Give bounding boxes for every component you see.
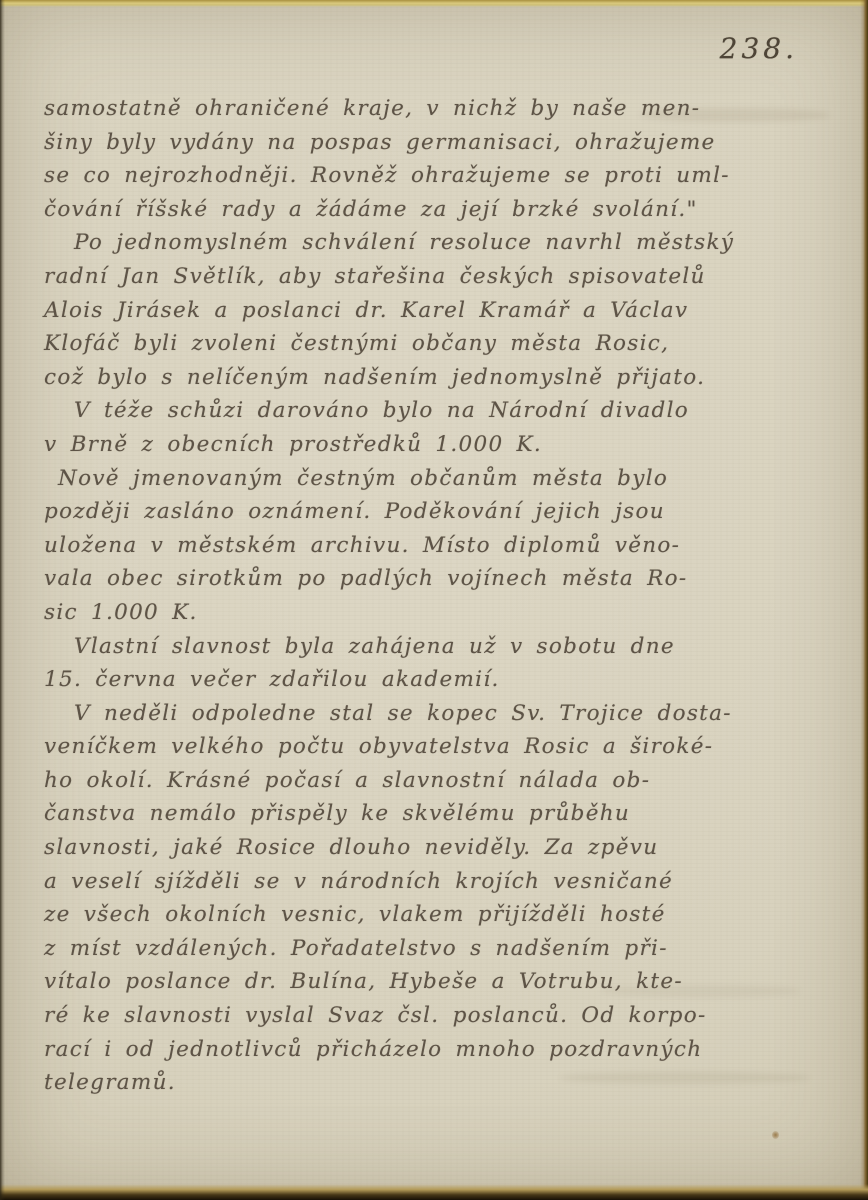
manuscript-line: slavnosti, jaké Rosice dlouho neviděly. … xyxy=(44,831,844,865)
manuscript-line: z míst vzdálených. Pořadatelstvo s nadše… xyxy=(44,932,844,966)
manuscript-line: V téže schůzi darováno bylo na Národní d… xyxy=(44,394,844,428)
manuscript-line: veníčkem velkého počtu obyvatelstva Rosi… xyxy=(44,730,844,764)
paper-stain-spot xyxy=(772,1131,779,1139)
manuscript-line: Vlastní slavnost byla zahájena už v sobo… xyxy=(44,630,844,664)
manuscript-line: ré ke slavnosti vyslal Svaz čsl. poslanc… xyxy=(44,999,844,1033)
manuscript-line: se co nejrozhodněji. Rovněž ohražujeme s… xyxy=(44,159,844,193)
manuscript-line: vala obec sirotkům po padlých vojínech m… xyxy=(44,562,844,596)
manuscript-line: ho okolí. Krásné počasí a slavnostní nál… xyxy=(44,764,844,798)
manuscript-line: a veselí sjížděli se v národních krojích… xyxy=(44,865,844,899)
manuscript-line: rací i od jednotlivců přicházelo mnoho p… xyxy=(44,1033,844,1067)
manuscript-line: Alois Jirásek a poslanci dr. Karel Kramá… xyxy=(44,294,844,328)
manuscript-line: čování říšské rady a žádáme za její brzk… xyxy=(44,193,844,227)
scanned-manuscript: 238. samostatně ohraničené kraje, v nich… xyxy=(0,0,868,1200)
manuscript-line: Nově jmenovaným čestným občanům města by… xyxy=(44,462,844,496)
manuscript-text: samostatně ohraničené kraje, v nichž by … xyxy=(44,92,844,1100)
manuscript-line: později zasláno oznámení. Poděkování jej… xyxy=(44,495,844,529)
manuscript-line: samostatně ohraničené kraje, v nichž by … xyxy=(44,92,844,126)
manuscript-line: telegramů. xyxy=(44,1066,844,1100)
manuscript-line: uložena v městském archivu. Místo diplom… xyxy=(44,529,844,563)
manuscript-line: sic 1.000 K. xyxy=(44,596,844,630)
manuscript-line: Po jednomyslném schválení resoluce navrh… xyxy=(44,226,844,260)
page-number: 238. xyxy=(720,32,798,65)
manuscript-line: šiny byly vydány na pospas germanisaci, … xyxy=(44,126,844,160)
manuscript-line: V neděli odpoledne stal se kopec Sv. Tro… xyxy=(44,697,844,731)
manuscript-line: v Brně z obecních prostředků 1.000 K. xyxy=(44,428,844,462)
manuscript-line: radní Jan Světlík, aby stařešina českých… xyxy=(44,260,844,294)
manuscript-line: Klofáč byli zvoleni čestnými občany měst… xyxy=(44,327,844,361)
manuscript-line: 15. června večer zdařilou akademií. xyxy=(44,663,844,697)
manuscript-line: což bylo s nelíčeným nadšením jednomysln… xyxy=(44,361,844,395)
manuscript-line: čanstva nemálo přispěly ke skvělému průb… xyxy=(44,797,844,831)
manuscript-line: vítalo poslance dr. Bulína, Hybeše a Vot… xyxy=(44,965,844,999)
manuscript-line: ze všech okolních vesnic, vlakem přijížd… xyxy=(44,898,844,932)
